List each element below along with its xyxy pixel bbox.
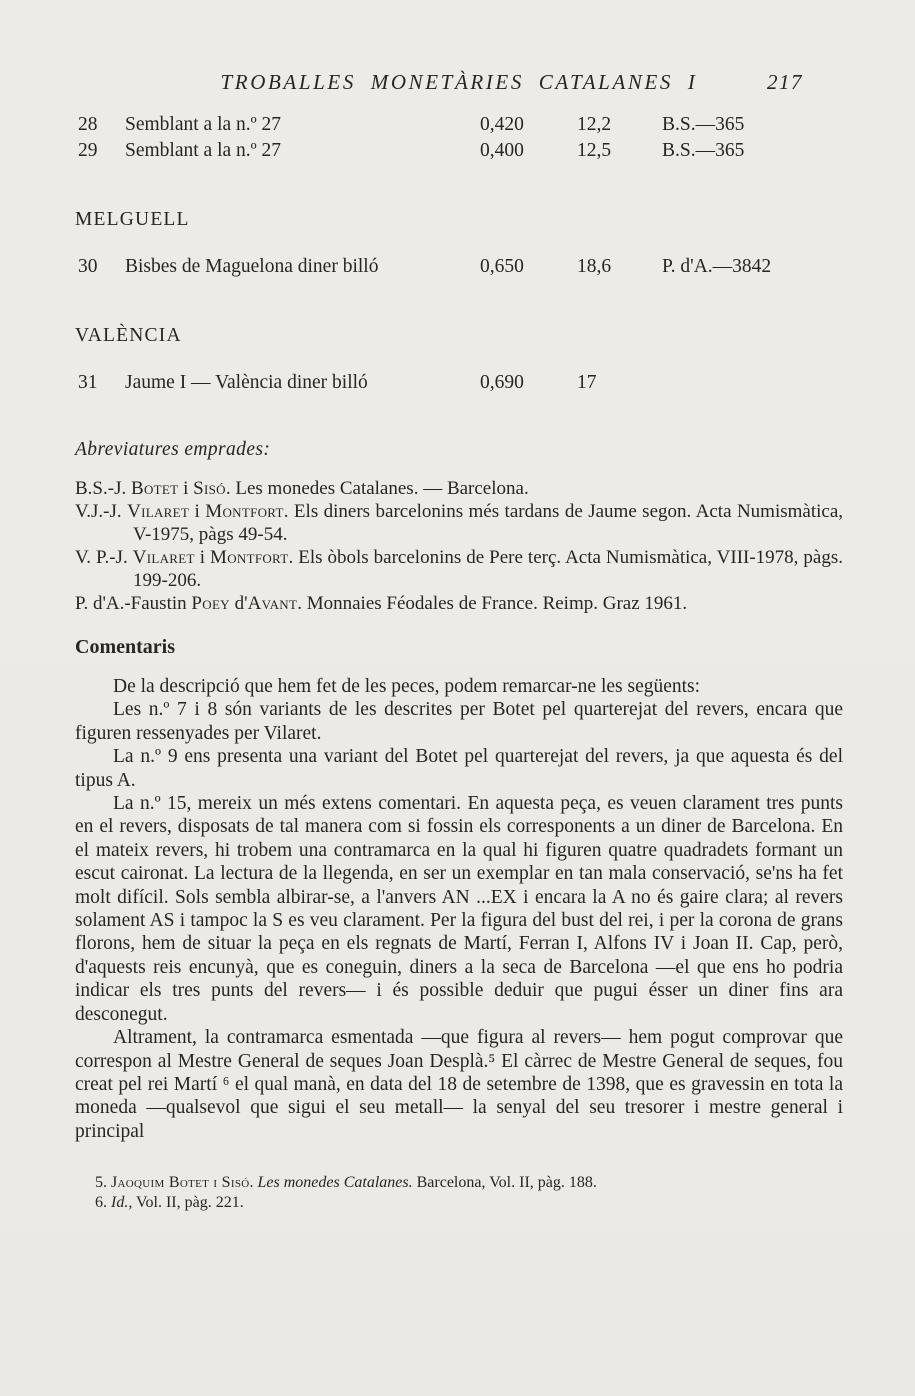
- paragraph: La n.º 15, mereix un més extens comentar…: [75, 792, 843, 1026]
- coin-description: Jaume I — València diner billó: [125, 370, 480, 396]
- abbreviation-entry: V.J.-J. Vilaret i Montfort. Els diners b…: [75, 500, 843, 546]
- coin-reference: B.S.—365: [662, 112, 843, 138]
- table-row: 29 Semblant a la n.º 27 0,400 12,5 B.S.—…: [75, 138, 843, 164]
- coin-diameter: 12,5: [577, 138, 662, 164]
- running-title: TROBALLES MONETÀRIES CATALANES I: [221, 70, 698, 94]
- coin-weight: 0,650: [480, 254, 577, 280]
- coin-diameter: 17: [577, 370, 662, 396]
- footnote: 6. Id., Vol. II, pàg. 221.: [75, 1193, 843, 1213]
- coin-weight: 0,400: [480, 138, 577, 164]
- coin-number: 31: [75, 370, 125, 396]
- abbreviation-entry: P. d'A.-Faustin Poey d'Avant. Monnaies F…: [75, 592, 843, 615]
- coin-diameter: 18,6: [577, 254, 662, 280]
- coin-description: Semblant a la n.º 27: [125, 112, 480, 138]
- coin-weight: 0,420: [480, 112, 577, 138]
- abbreviation-entry: V. P.-J. Vilaret i Montfort. Els òbols b…: [75, 546, 843, 592]
- abbreviations-list: B.S.-J. Botet i Sisó. Les monedes Catala…: [75, 477, 843, 615]
- coin-reference: B.S.—365: [662, 138, 843, 164]
- coin-description: Bisbes de Maguelona diner billó: [125, 254, 480, 280]
- table-row: 30 Bisbes de Maguelona diner billó 0,650…: [75, 254, 843, 280]
- paragraph: La n.º 9 ens presenta una variant del Bo…: [75, 745, 843, 792]
- running-head: TROBALLES MONETÀRIES CATALANES I 217: [75, 70, 843, 96]
- abbreviations-heading: Abreviatures emprades:: [75, 438, 843, 462]
- coin-number: 29: [75, 138, 125, 164]
- coin-reference: P. d'A.—3842: [662, 254, 843, 280]
- scanned-document-page: TROBALLES MONETÀRIES CATALANES I 217 28 …: [0, 0, 915, 1396]
- coin-number: 28: [75, 112, 125, 138]
- abbreviations-section: Abreviatures emprades: B.S.-J. Botet i S…: [75, 438, 843, 615]
- coin-reference: [662, 370, 843, 396]
- footnote: 5. Jaoquim Botet i Sisó. Les monedes Cat…: [75, 1173, 843, 1193]
- comments-body: De la descripció que hem fet de les pece…: [75, 675, 843, 1143]
- abbreviation-entry: B.S.-J. Botet i Sisó. Les monedes Catala…: [75, 477, 843, 500]
- footnotes: 5. Jaoquim Botet i Sisó. Les monedes Cat…: [75, 1173, 843, 1213]
- paragraph: De la descripció que hem fet de les pece…: [75, 675, 843, 698]
- paragraph: Altrament, la contramarca esmentada —que…: [75, 1026, 843, 1143]
- section-heading-valencia: VALÈNCIA: [75, 324, 843, 348]
- table-row: 28 Semblant a la n.º 27 0,420 12,2 B.S.—…: [75, 112, 843, 138]
- paragraph: Les n.º 7 i 8 són variants de les descri…: [75, 698, 843, 745]
- table-row: 31 Jaume I — València diner billó 0,690 …: [75, 370, 843, 396]
- section-heading-melguell: MELGUELL: [75, 208, 843, 232]
- page-number: 217: [767, 70, 803, 95]
- coin-description: Semblant a la n.º 27: [125, 138, 480, 164]
- comments-heading: Comentaris: [75, 635, 843, 659]
- coin-weight: 0,690: [480, 370, 577, 396]
- coin-number: 30: [75, 254, 125, 280]
- coin-catalog-table: 28 Semblant a la n.º 27 0,420 12,2 B.S.—…: [75, 112, 843, 396]
- coin-diameter: 12,2: [577, 112, 662, 138]
- comments-section: Comentaris De la descripció que hem fet …: [75, 635, 843, 1143]
